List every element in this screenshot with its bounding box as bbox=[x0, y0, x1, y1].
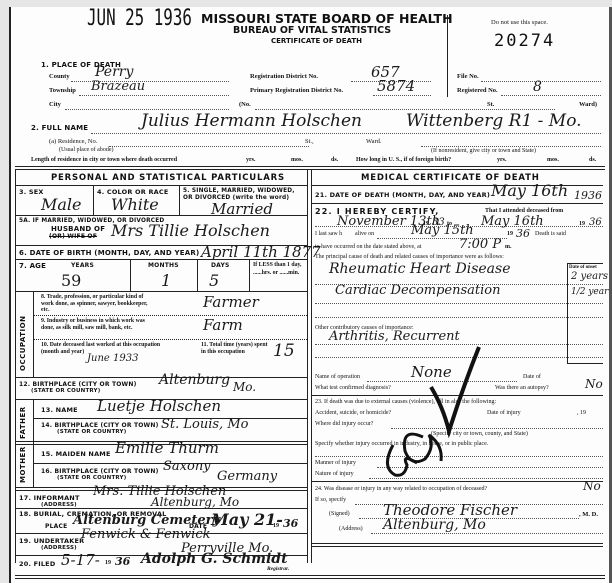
cause-2-onset: 1/2 year bbox=[571, 287, 608, 297]
filed-date-value: 5-17- bbox=[61, 551, 100, 569]
sex-label: 3. SEX bbox=[19, 188, 44, 196]
attended-to-year: 36 bbox=[589, 217, 602, 228]
time-of-death-value: 7:00 P bbox=[459, 237, 501, 252]
physician-address-value: Altenburg, Mo bbox=[383, 517, 486, 533]
date-of-injury-label: Date of injury bbox=[487, 410, 521, 416]
registrar-label: Registrar. bbox=[267, 566, 289, 572]
age-days-value: 5 bbox=[209, 271, 219, 290]
birthplace-city-value: Altenburg bbox=[159, 372, 230, 388]
operation-label: Name of operation bbox=[315, 374, 360, 380]
primary-registration-district-value: 5874 bbox=[377, 77, 415, 95]
date-of-death-label: 21. DATE OF DEATH (MONTH, DAY, AND YEAR) bbox=[315, 191, 490, 199]
birthplace-sublabel: (STATE OR COUNTRY) bbox=[31, 388, 100, 394]
mother-birthplace-sublabel: (STATE OR COUNTRY) bbox=[57, 475, 126, 481]
signed-label: (Signed) bbox=[329, 511, 350, 517]
md-label: , M. D. bbox=[579, 511, 598, 518]
registrar-signature: Adolph G. Schmidt bbox=[141, 551, 288, 567]
mother-birthplace-country-value: Germany bbox=[217, 469, 277, 484]
nonresident-note: (If nonresident, give city or town and S… bbox=[431, 148, 536, 154]
last-saw-value: May 15th bbox=[411, 223, 474, 238]
time-suffix: m. bbox=[505, 244, 512, 250]
last-saw-year-prefix: 19 bbox=[507, 231, 513, 237]
age-months-value: 1 bbox=[161, 271, 171, 290]
how-long-in-us-label: How long in U. S., if of foreign birth? bbox=[356, 157, 451, 163]
occupation-related-label: 24. Was disease or injury in any way rel… bbox=[315, 486, 487, 492]
residence-mos: mos. bbox=[291, 157, 303, 163]
undertaker-label: 19. UNDERTAKER bbox=[19, 537, 84, 545]
last-saw-year: 36 bbox=[516, 227, 530, 240]
do-not-use-note: Do not use this space. bbox=[491, 19, 548, 26]
burial-year-prefix: 19 bbox=[273, 523, 279, 529]
last-worked-value: June 1933 bbox=[87, 353, 138, 364]
residence-ds: ds. bbox=[331, 157, 338, 163]
industry-label: 9. Industry or business in which work wa… bbox=[41, 318, 157, 331]
informant-label: 17. INFORMANT bbox=[19, 494, 80, 502]
age-label: 7. AGE bbox=[19, 262, 46, 270]
birthplace-state-value: Mo. bbox=[233, 380, 256, 394]
spouse-value: Mrs Tillie Holschen bbox=[111, 221, 270, 240]
death-certificate: JUN 25 1936 MISSOURI STATE BOARD OF HEAL… bbox=[9, 7, 612, 583]
last-saw-label: I last saw h bbox=[315, 231, 342, 237]
father-birthplace-label: 14. BIRTHPLACE (CITY OR TOWN) bbox=[41, 422, 159, 429]
mother-birthplace-label: 16. BIRTHPLACE (CITY OR TOWN) bbox=[41, 468, 159, 475]
residence-street-label: St., bbox=[305, 138, 314, 145]
father-side-label: FATHER bbox=[19, 406, 27, 439]
full-name-label: 2. FULL NAME bbox=[31, 124, 88, 132]
township-value: Brazeau bbox=[91, 79, 145, 94]
age-years-value: 59 bbox=[61, 271, 81, 290]
received-date-stamp: JUN 25 1936 bbox=[87, 6, 192, 31]
date-of-injury-suffix: , 19 bbox=[577, 410, 586, 416]
filed-year-prefix: 19 bbox=[105, 560, 111, 566]
last-saw-mid-label: alive on bbox=[355, 231, 374, 237]
wife-of-label: (OR) WIFE OF bbox=[49, 233, 97, 240]
street-no-label: (No. bbox=[239, 101, 251, 108]
us-mos: mos. bbox=[547, 157, 559, 163]
total-time-value: 15 bbox=[273, 341, 295, 361]
form-title: MISSOURI STATE BOARD OF HEALTH bbox=[201, 11, 453, 26]
age-months-label: MONTHS bbox=[148, 262, 179, 269]
autopsy-value: No bbox=[585, 377, 603, 391]
residence-ward-label: Ward. bbox=[366, 138, 382, 145]
birthplace-label: 12. BIRTHPLACE (CITY OR TOWN) bbox=[19, 381, 137, 388]
full-name-value: Julius Hermann Holschen bbox=[141, 111, 362, 131]
nature-of-injury-label: Nature of injury bbox=[315, 471, 354, 477]
occupation-related-value: No bbox=[583, 479, 601, 493]
maiden-name-value: Emilie Thurm bbox=[115, 439, 219, 457]
father-name-value: Luetje Holschen bbox=[97, 397, 221, 415]
residence-city-value: Wittenberg R1 - Mo. bbox=[406, 111, 582, 131]
maiden-name-label: 15. MAIDEN NAME bbox=[41, 450, 111, 458]
certificate-number: 20274 bbox=[494, 31, 555, 51]
personal-section-title: PERSONAL AND STATISTICAL PARTICULARS bbox=[51, 173, 285, 183]
residence-label: (a) Residence, No. bbox=[49, 138, 97, 145]
death-said-label: Death is said bbox=[535, 231, 566, 237]
father-birthplace-value: St. Louis, Mo bbox=[161, 417, 248, 432]
trade-label: 8. Trade, profession, or particular kind… bbox=[41, 294, 157, 314]
us-yrs: yrs. bbox=[497, 157, 507, 163]
onset-label: Date of onset bbox=[569, 265, 597, 270]
mother-birthplace-city-value: Saxony bbox=[163, 459, 211, 474]
county-value: Perry bbox=[95, 64, 133, 80]
occupation-side-label: OCCUPATION bbox=[19, 316, 27, 371]
filed-label: 20. FILED bbox=[19, 560, 55, 568]
usual-place-note: (Usual place of abode) bbox=[59, 147, 113, 153]
where-injury-label: Where did injury occur? bbox=[315, 421, 373, 427]
residence-yrs: yrs. bbox=[246, 157, 256, 163]
burial-place-label: PLACE bbox=[45, 523, 67, 530]
filed-year-value: 36 bbox=[115, 555, 130, 568]
informant-address-value: Altenburg, Mo bbox=[151, 495, 239, 509]
county-label: County bbox=[49, 73, 70, 80]
date-of-death-year: 1936 bbox=[574, 189, 602, 202]
physician-address-label: (Address) bbox=[339, 526, 363, 532]
if-so-label: If so, specify bbox=[315, 497, 346, 503]
header-divider bbox=[447, 15, 448, 97]
industry-value: Farm bbox=[203, 316, 243, 334]
date-of-operation-label: Date of bbox=[523, 374, 541, 380]
race-value: White bbox=[111, 195, 159, 214]
attended-to-year-prefix: 19 bbox=[579, 221, 585, 227]
cause-1-onset: 2 years bbox=[571, 271, 608, 282]
occurred-text: to have occurred on the date stated abov… bbox=[315, 244, 421, 250]
township-label: Township bbox=[49, 87, 76, 94]
burial-year-value: 36 bbox=[283, 517, 298, 530]
primary-registration-district-label: Primary Registration District No. bbox=[250, 87, 343, 94]
registered-no-label: Registered No. bbox=[457, 87, 498, 94]
father-birthplace-sublabel: (STATE OR COUNTRY) bbox=[57, 429, 126, 435]
father-name-label: 13. NAME bbox=[41, 406, 78, 414]
husband-of-label: HUSBAND OF bbox=[51, 225, 105, 233]
total-time-label: 11. Total time (years) spent in this occ… bbox=[201, 342, 271, 356]
bureau-title: BUREAU OF VITAL STATISTICS bbox=[233, 25, 391, 36]
cause-1: Rheumatic Heart Disease bbox=[329, 261, 510, 277]
mother-side-label: MOTHER bbox=[19, 446, 27, 483]
manner-of-injury-label: Manner of injury bbox=[315, 460, 356, 466]
city-label: City bbox=[49, 101, 61, 108]
autopsy-label: Was there an autopsy? bbox=[495, 385, 549, 391]
street-label: St. bbox=[487, 101, 494, 108]
length-of-residence-label: Length of residence in city or town wher… bbox=[31, 157, 177, 163]
date-of-death-value: May 16th bbox=[491, 181, 568, 200]
certificate-title: CERTIFICATE OF DEATH bbox=[271, 37, 362, 45]
age-years-label: YEARS bbox=[71, 262, 94, 269]
less-than-day-label: If LESS than 1 day, ......hrs. or ......… bbox=[253, 262, 305, 277]
registration-district-label: Registration District No. bbox=[250, 73, 318, 80]
date-of-birth-label: 6. DATE OF BIRTH (MONTH, DAY, AND YEAR) bbox=[19, 249, 199, 257]
ward-label: Ward) bbox=[579, 101, 597, 108]
file-no-label: File No. bbox=[457, 73, 479, 80]
undertaker-name-value: Fenwick & Fenwick bbox=[81, 527, 210, 542]
attended-to-value: May 16th bbox=[481, 214, 544, 229]
sex-value: Male bbox=[41, 195, 82, 214]
reviewer-check-mark bbox=[371, 327, 481, 477]
age-days-label: DAYS bbox=[211, 262, 230, 269]
registered-no-value: 8 bbox=[533, 79, 542, 95]
cause-2: Cardiac Decompensation bbox=[335, 283, 501, 298]
principal-cause-text: The principal cause of death and related… bbox=[315, 254, 504, 260]
us-ds: ds. bbox=[589, 157, 596, 163]
trade-value: Farmer bbox=[203, 293, 259, 311]
